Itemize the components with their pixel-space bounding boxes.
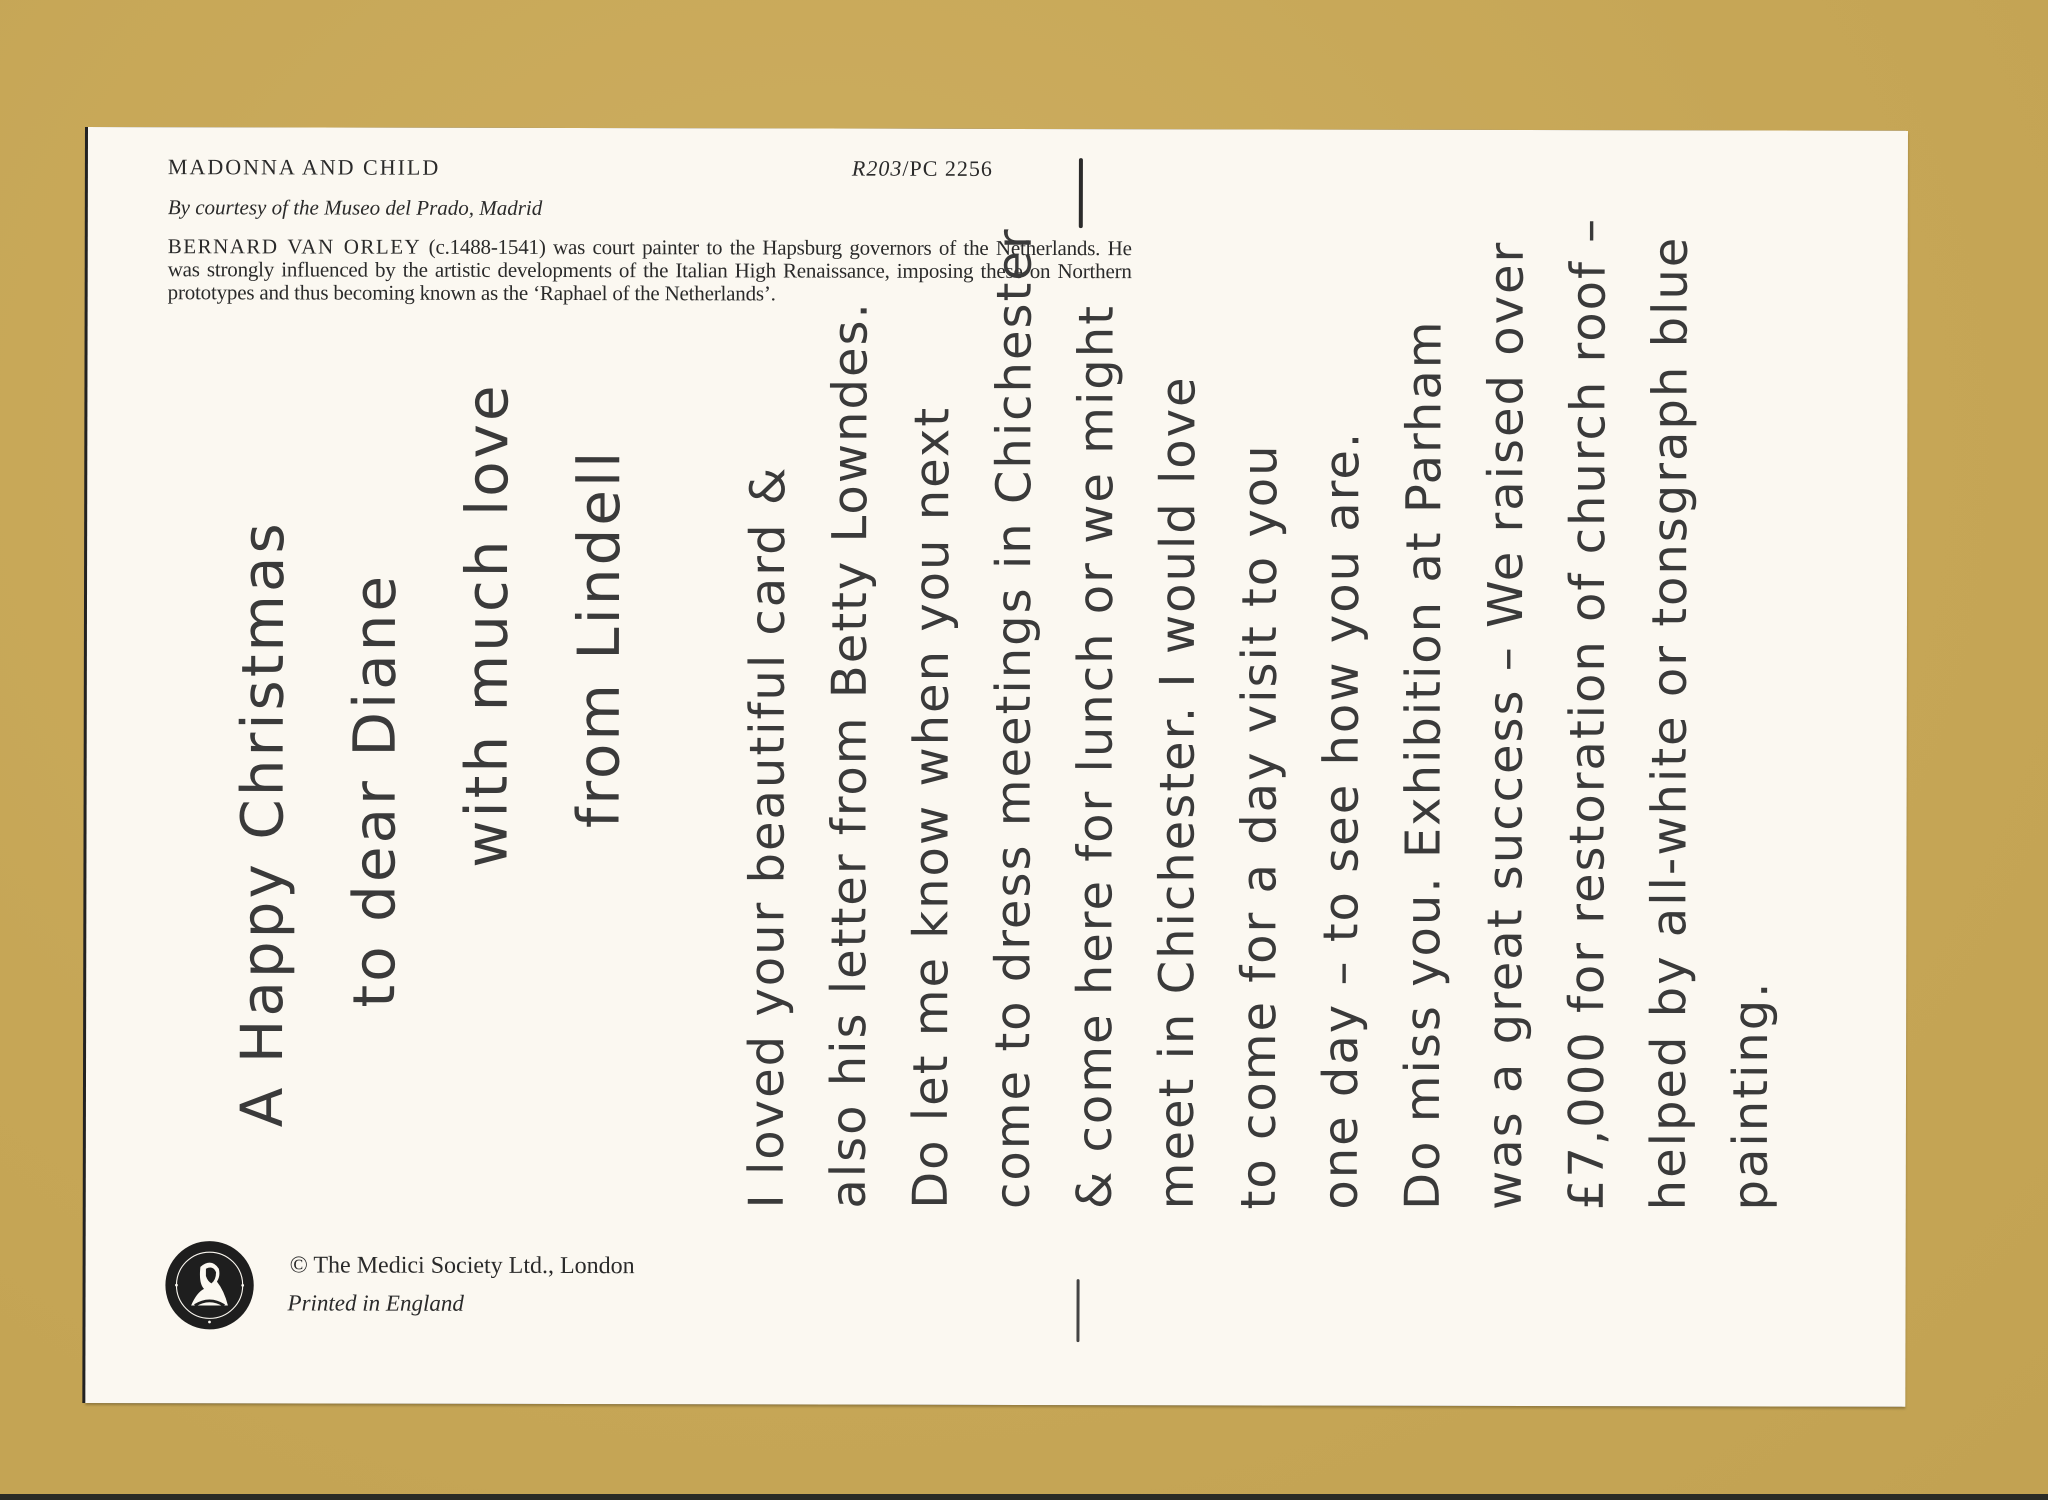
postcard-back: MADONNA AND CHILD R203/PC 2256 By courte… xyxy=(85,127,1908,1407)
letter-line: to come for a day visit to you xyxy=(1218,216,1302,1209)
letter-line: come to dress meetings in Chichester xyxy=(972,216,1056,1209)
medici-society-logo-icon xyxy=(163,1239,255,1331)
letter-line: also his letter from Betty Lowndes. xyxy=(808,215,892,1208)
greeting-line: to dear Diane xyxy=(318,382,432,1128)
center-divider-bottom xyxy=(1076,1279,1079,1342)
letter-line: helped by all-white or tonsgraph blue xyxy=(1628,217,1712,1210)
greeting-line: from Lindell xyxy=(542,383,656,1129)
scan-bottom-edge xyxy=(0,1494,2048,1500)
letter-line: meet in Chichester. I would love xyxy=(1136,216,1220,1209)
catalog-code-rest: /PC 2256 xyxy=(902,156,993,181)
letter-line: one day – to see how you are. xyxy=(1300,216,1384,1209)
catalog-code: R203/PC 2256 xyxy=(852,156,993,182)
letter-line: Do miss you. Exhibition at Parham xyxy=(1382,216,1466,1209)
letter-line: painting. xyxy=(1710,217,1794,1210)
letter-line: Do let me know when you next xyxy=(890,215,974,1208)
publisher-credit: © The Medici Society Ltd., London xyxy=(290,1252,635,1280)
handwritten-greeting: A Happy Christmas to dear Diane with muc… xyxy=(206,382,656,1128)
catalog-code-italic: R203 xyxy=(852,156,903,181)
artwork-title: MADONNA AND CHILD xyxy=(168,154,440,181)
greeting-line: A Happy Christmas xyxy=(206,382,320,1128)
greeting-line: with much love xyxy=(430,382,544,1128)
courtesy-line: By courtesy of the Museo del Prado, Madr… xyxy=(168,195,542,221)
letter-line: £7,000 for restoration of church roof – xyxy=(1546,217,1630,1210)
artist-name: BERNARD VAN ORLEY xyxy=(168,234,422,259)
handwritten-letter: I loved your beautiful card & also his l… xyxy=(726,215,1794,1211)
letter-line: was a great success – We raised over xyxy=(1464,217,1548,1210)
letter-line: I loved your beautiful card & xyxy=(726,215,810,1208)
printed-in: Printed in England xyxy=(288,1290,464,1316)
letter-line: & come here for lunch or we might xyxy=(1054,216,1138,1209)
